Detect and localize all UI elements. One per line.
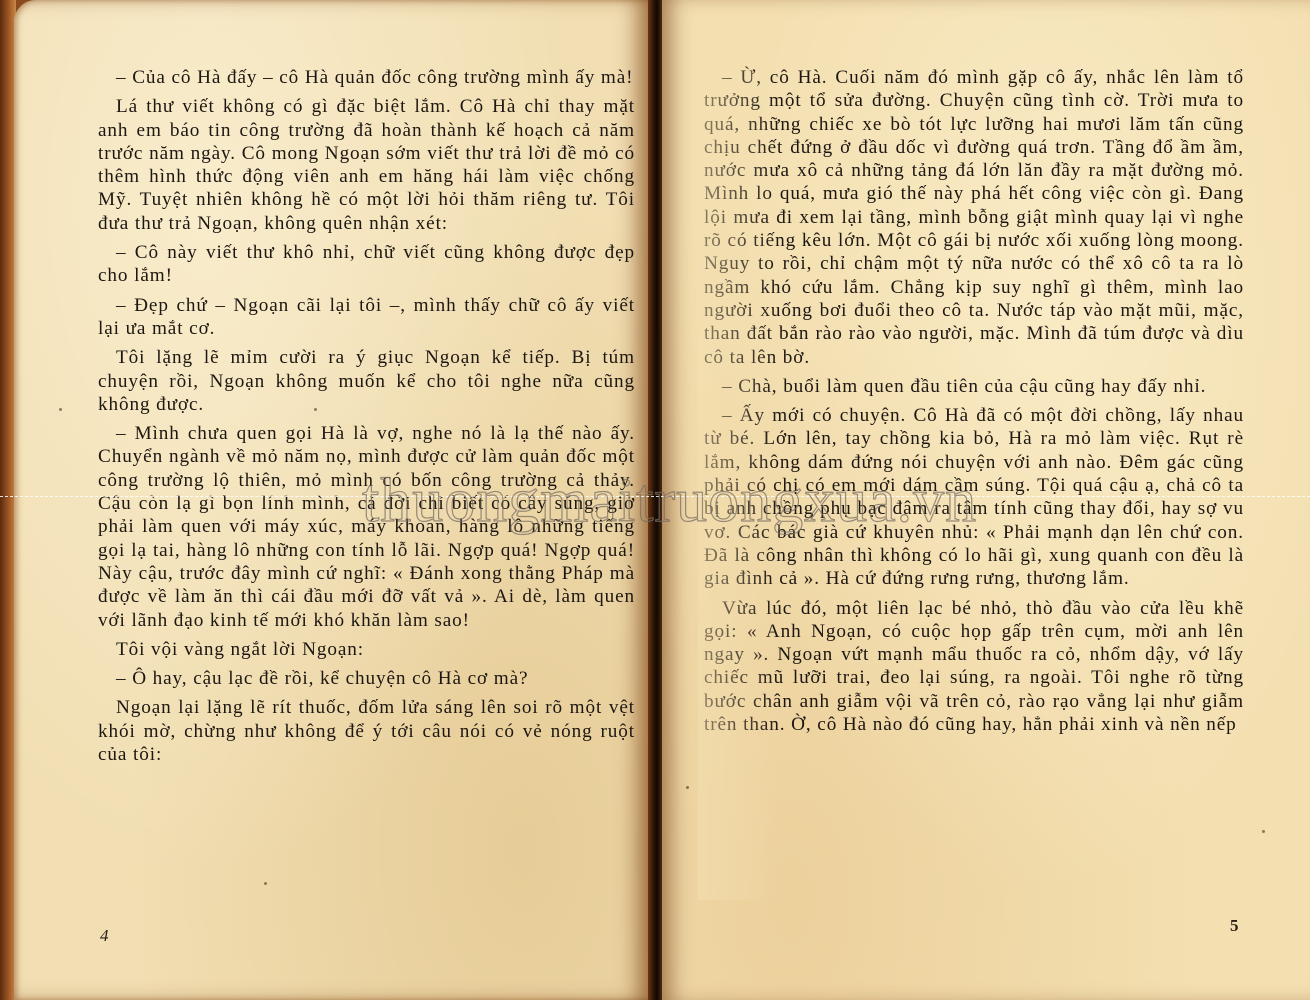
right-page-text: – Ừ, cô Hà. Cuối năm đó mình gặp cô ấy, … <box>704 66 1244 742</box>
paper-speck <box>686 786 689 789</box>
paper-speck <box>314 408 317 411</box>
page-number-right: 5 <box>1230 916 1239 936</box>
right-page: – Ừ, cô Hà. Cuối năm đó mình gặp cô ấy, … <box>662 0 1310 1000</box>
paper-speck <box>59 408 62 411</box>
paragraph: – Chà, buổi làm quen đầu tiên của cậu cũ… <box>704 375 1244 398</box>
paragraph: Tôi vội vàng ngắt lời Ngoạn: <box>98 638 635 661</box>
paragraph: Lá thư viết không có gì đặc biệt lắm. Cô… <box>98 95 635 235</box>
paper-speck <box>1262 830 1265 833</box>
paragraph: – Ấy mới có chuyện. Cô Hà đã có một đời … <box>704 404 1244 590</box>
paragraph: Tôi lặng lẽ mỉm cười ra ý giục Ngoạn kể … <box>98 346 635 416</box>
left-page-text: – Của cô Hà đấy – cô Hà quản đốc công tr… <box>98 66 635 772</box>
paragraph: – Đẹp chứ – Ngoạn cãi lại tôi –, mình th… <box>98 294 635 341</box>
paragraph: Vừa lúc đó, một liên lạc bé nhỏ, thò đầu… <box>704 597 1244 737</box>
paragraph: – Ừ, cô Hà. Cuối năm đó mình gặp cô ấy, … <box>704 66 1244 369</box>
paragraph: – Cô này viết thư khô nhỉ, chữ viết cũng… <box>98 241 635 288</box>
paragraph: – Ô hay, cậu lạc đề rồi, kể chuyện cô Hà… <box>98 667 635 690</box>
paragraph: – Mình chưa quen gọi Hà là vợ, nghe nó l… <box>98 422 635 632</box>
paper-speck <box>264 882 267 885</box>
left-page: – Của cô Hà đấy – cô Hà quản đốc công tr… <box>14 0 650 1000</box>
paragraph: – Của cô Hà đấy – cô Hà quản đốc công tr… <box>98 66 635 89</box>
page-number-left: 4 <box>100 926 109 946</box>
paragraph: Ngoạn lại lặng lẽ rít thuốc, đốm lửa sán… <box>98 696 635 766</box>
book-spread: – Của cô Hà đấy – cô Hà quản đốc công tr… <box>0 0 1310 1000</box>
